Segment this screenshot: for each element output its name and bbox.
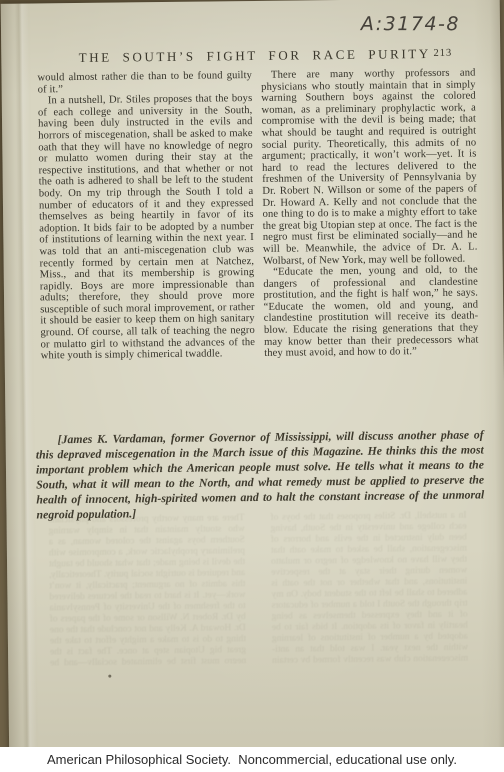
- paragraph: There are many worthy professors and phy…: [261, 67, 478, 267]
- footer-caption: American Philosophical Society. Noncomme…: [47, 752, 457, 767]
- editor-note: [James K. Vardaman, former Governor of M…: [36, 427, 485, 522]
- left-column: would almost rather die than to be found…: [37, 70, 255, 362]
- ink-bleedthrough: In a nutshell, Dr. Stiles proposes that …: [48, 511, 468, 666]
- magazine-page: A:3174-8 THE SOUTH’S FIGHT FOR RACE PURI…: [1, 0, 504, 747]
- scanned-page-photo: A:3174-8 THE SOUTH’S FIGHT FOR RACE PURI…: [0, 0, 504, 747]
- paragraph: In a nutshell, Dr. Stiles proposes that …: [38, 93, 256, 362]
- handwritten-annotation: A:3174-8: [361, 13, 460, 35]
- article-title: THE SOUTH’S FIGHT FOR RACE PURITY: [79, 46, 431, 65]
- screenshot: A:3174-8 THE SOUTH’S FIGHT FOR RACE PURI…: [0, 0, 504, 772]
- page-header: THE SOUTH’S FIGHT FOR RACE PURITY 213: [37, 46, 472, 67]
- paragraph: “Educate the men, young and old, to the …: [263, 265, 479, 360]
- ink-bleedthrough-column: In a nutshell, Dr. Stiles proposes that …: [270, 511, 468, 663]
- footer-caption-bar: American Philosophical Society. Noncomme…: [0, 747, 504, 772]
- page-number: 213: [433, 48, 452, 59]
- paragraph: would almost rather die than to be found…: [37, 70, 252, 96]
- right-column: There are many worthy professors and phy…: [261, 67, 479, 359]
- article-body: would almost rather die than to be found…: [37, 67, 478, 362]
- paper-speck: [108, 675, 111, 678]
- ink-bleedthrough-column: There are many worthy professors and phy…: [48, 513, 246, 665]
